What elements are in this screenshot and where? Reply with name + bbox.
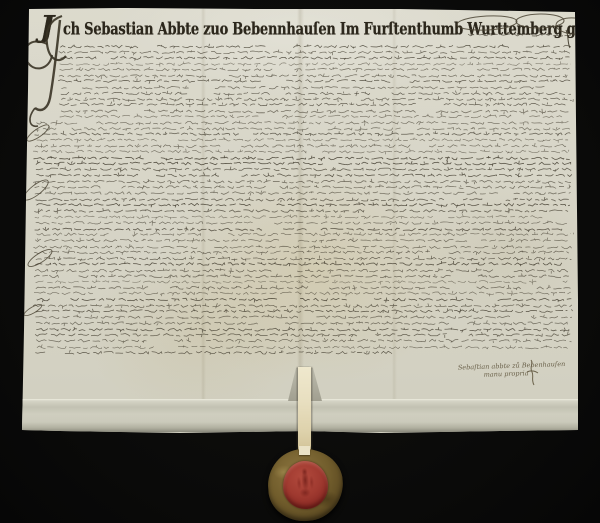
wax-seal-relief-figure [281,459,329,510]
wax-seal [266,446,346,523]
photo-background: J ch Sebastian Abbte zuo Bebennhauſen Im… [0,0,600,523]
wax-seal-center [281,459,329,510]
seal-tag-tip [299,446,310,455]
seal-tag [298,367,311,455]
